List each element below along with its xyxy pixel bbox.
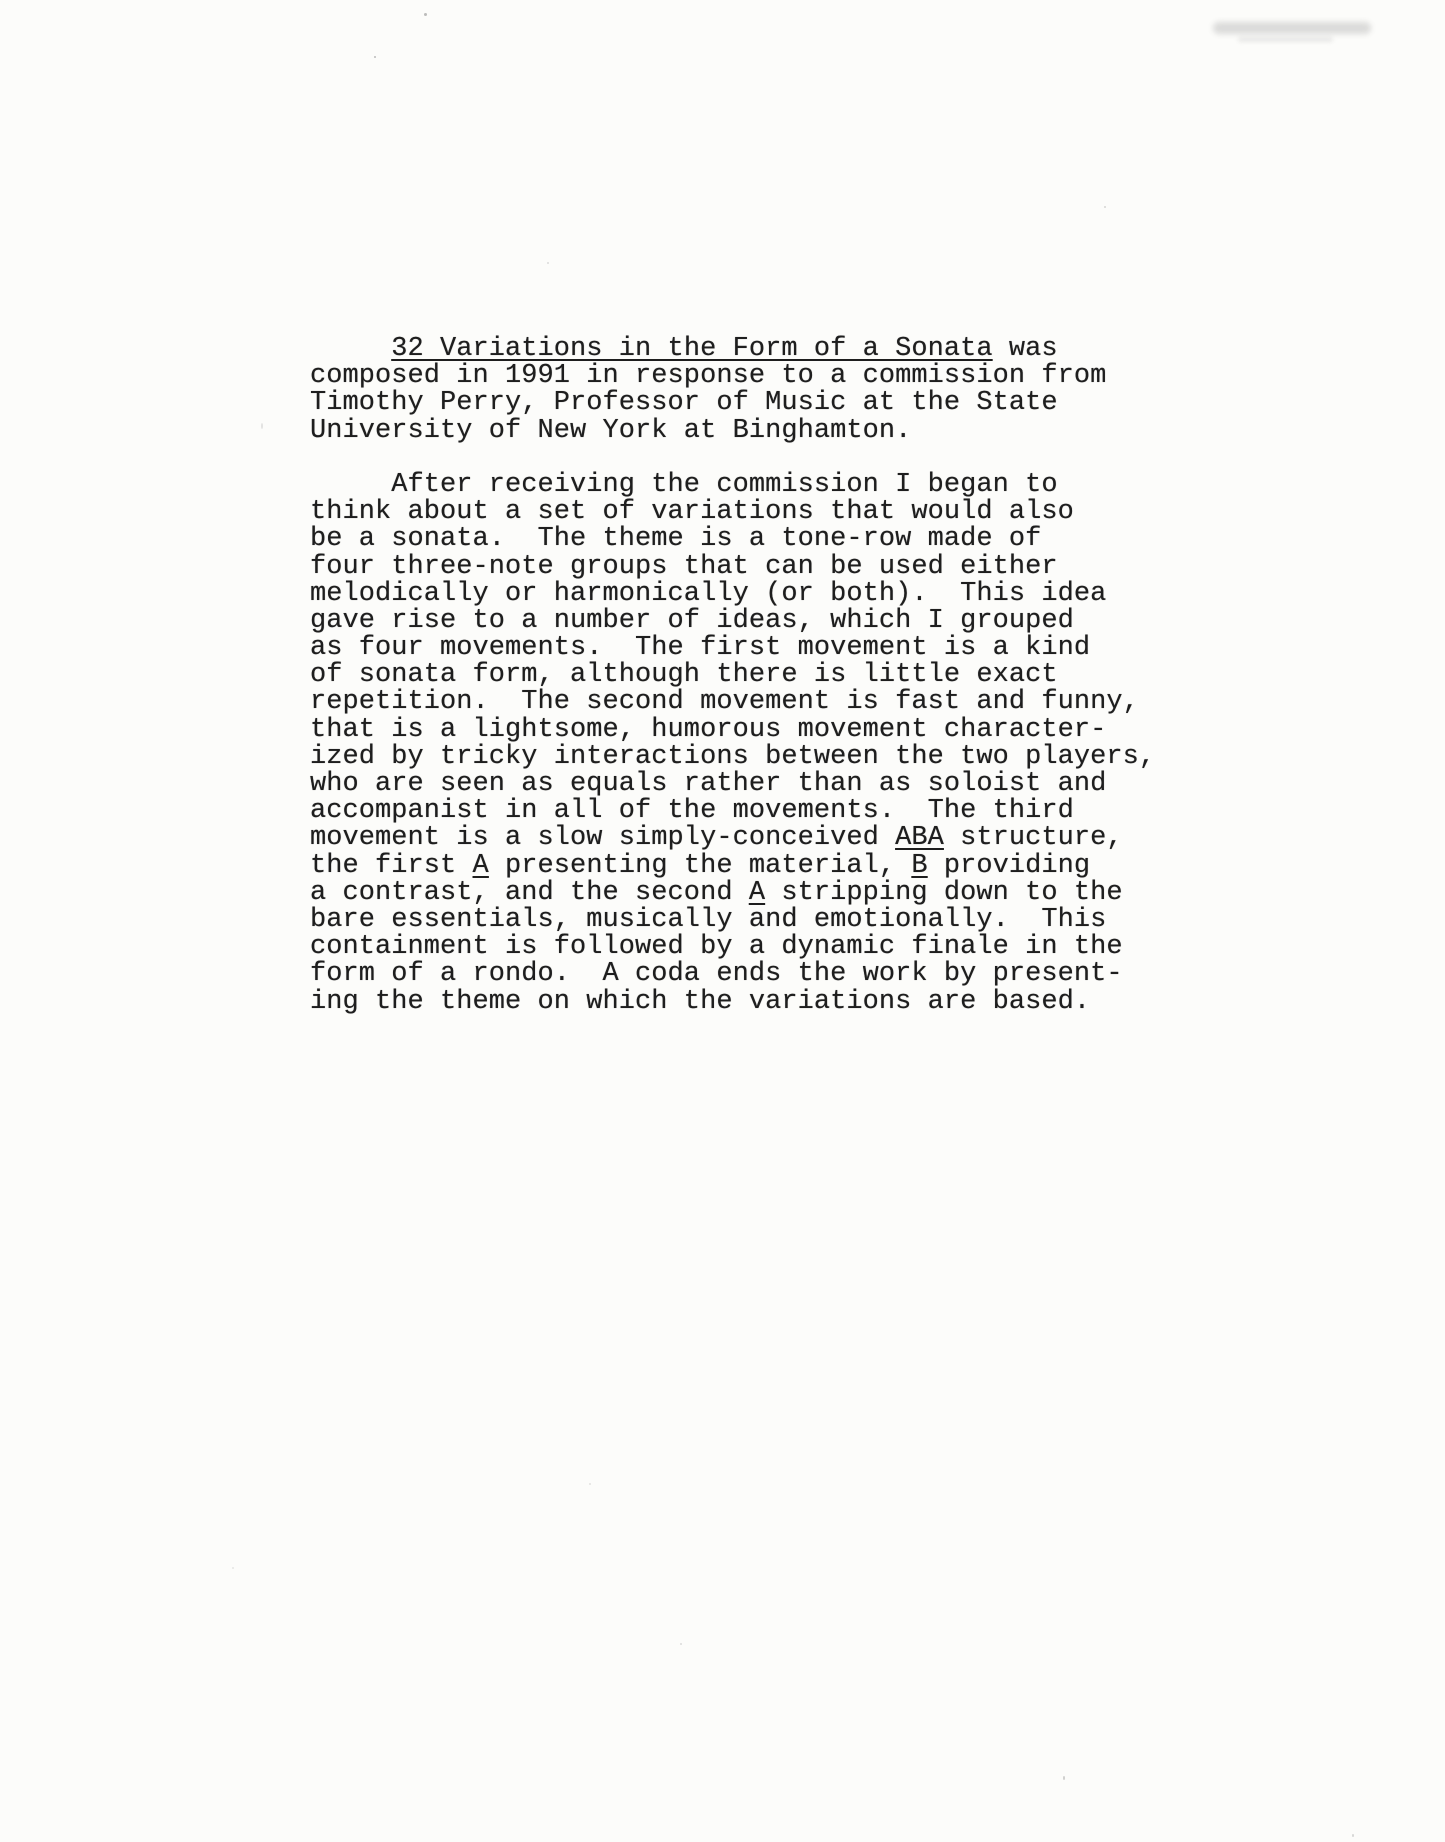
- text-segment: presenting the material,: [489, 851, 912, 881]
- text-segment: bare essentials, musically and emotional…: [310, 905, 1106, 935]
- text-segment: the first: [310, 851, 473, 881]
- text-segment: [310, 334, 391, 364]
- text-line: who are seen as equals rather than as so…: [310, 771, 1155, 798]
- text-line: four three-note groups that can be used …: [310, 554, 1155, 581]
- scan-speck: [232, 1567, 234, 1569]
- text-segment: who are seen as equals rather than as so…: [310, 769, 1106, 799]
- scanned-document-page: 32 Variations in the Form of a Sonata wa…: [0, 0, 1445, 1842]
- scan-speck: [1104, 206, 1106, 208]
- paragraph: 32 Variations in the Form of a Sonata wa…: [310, 336, 1155, 445]
- text-line: as four movements. The first movement is…: [310, 635, 1155, 662]
- text-line: After receiving the commission I began t…: [310, 472, 1155, 499]
- text-segment: gave rise to a number of ideas, which I …: [310, 606, 1074, 636]
- scan-smudge: [1213, 22, 1371, 34]
- text-segment: ized by tricky interactions between the …: [310, 742, 1155, 772]
- scan-speck: [374, 56, 376, 58]
- text-segment: was: [993, 334, 1058, 364]
- scan-speck: [680, 1643, 682, 1645]
- text-line: accompanist in all of the movements. The…: [310, 798, 1155, 825]
- text-segment: stripping down to the: [765, 878, 1123, 908]
- text-line: melodically or harmonically (or both). T…: [310, 581, 1155, 608]
- underlined-text: A: [749, 878, 765, 908]
- underlined-text: ABA: [895, 823, 944, 853]
- text-segment: think about a set of variations that wou…: [310, 497, 1074, 527]
- text-segment: that is a lightsome, humorous movement c…: [310, 715, 1106, 745]
- text-segment: as four movements. The first movement is…: [310, 633, 1090, 663]
- text-segment: University of New York at Binghamton.: [310, 416, 911, 446]
- scan-speck: [1063, 1776, 1065, 1780]
- scan-speck: [589, 1483, 591, 1485]
- text-segment: providing: [928, 851, 1091, 881]
- text-segment: Timothy Perry, Professor of Music at the…: [310, 388, 1058, 418]
- text-line: gave rise to a number of ideas, which I …: [310, 608, 1155, 635]
- text-segment: After receiving the commission I began t…: [310, 470, 1058, 500]
- text-line: Timothy Perry, Professor of Music at the…: [310, 390, 1155, 417]
- underlined-text: B: [911, 851, 927, 881]
- text-line: of sonata form, although there is little…: [310, 662, 1155, 689]
- scan-speck: [424, 13, 427, 16]
- text-line: the first A presenting the material, B p…: [310, 853, 1155, 880]
- text-line: ing the theme on which the variations ar…: [310, 989, 1155, 1016]
- text-line: think about a set of variations that wou…: [310, 499, 1155, 526]
- paragraph: After receiving the commission I began t…: [310, 472, 1155, 1016]
- text-line: form of a rondo. A coda ends the work by…: [310, 961, 1155, 988]
- text-segment: composed in 1991 in response to a commis…: [310, 361, 1106, 391]
- text-segment: ing the theme on which the variations ar…: [310, 987, 1090, 1017]
- text-line: that is a lightsome, humorous movement c…: [310, 717, 1155, 744]
- text-segment: containment is followed by a dynamic fin…: [310, 932, 1123, 962]
- text-line: be a sonata. The theme is a tone-row mad…: [310, 526, 1155, 553]
- text-segment: repetition. The second movement is fast …: [310, 687, 1139, 717]
- document-text: 32 Variations in the Form of a Sonata wa…: [310, 336, 1155, 1016]
- text-segment: of sonata form, although there is little…: [310, 660, 1058, 690]
- text-line: University of New York at Binghamton.: [310, 418, 1155, 445]
- text-segment: melodically or harmonically (or both). T…: [310, 579, 1106, 609]
- text-segment: structure,: [944, 823, 1123, 853]
- text-line: composed in 1991 in response to a commis…: [310, 363, 1155, 390]
- text-segment: be a sonata. The theme is a tone-row mad…: [310, 524, 1041, 554]
- text-line: repetition. The second movement is fast …: [310, 689, 1155, 716]
- scan-smudge-faint: [1238, 37, 1333, 42]
- underlined-text: 32 Variations in the Form of a Sonata: [391, 334, 992, 364]
- text-segment: four three-note groups that can be used …: [310, 552, 1058, 582]
- underlined-text: A: [473, 851, 489, 881]
- text-line: 32 Variations in the Form of a Sonata wa…: [310, 336, 1155, 363]
- text-segment: accompanist in all of the movements. The…: [310, 796, 1074, 826]
- scan-speck: [1352, 1834, 1354, 1837]
- text-segment: movement is a slow simply-conceived: [310, 823, 895, 853]
- text-segment: a contrast, and the second: [310, 878, 749, 908]
- scan-speck: [547, 262, 549, 264]
- text-line: movement is a slow simply-conceived ABA …: [310, 825, 1155, 852]
- text-segment: form of a rondo. A coda ends the work by…: [310, 959, 1123, 989]
- text-line: bare essentials, musically and emotional…: [310, 907, 1155, 934]
- text-line: containment is followed by a dynamic fin…: [310, 934, 1155, 961]
- text-line: a contrast, and the second A stripping d…: [310, 880, 1155, 907]
- scan-speck: [261, 423, 263, 429]
- text-line: ized by tricky interactions between the …: [310, 744, 1155, 771]
